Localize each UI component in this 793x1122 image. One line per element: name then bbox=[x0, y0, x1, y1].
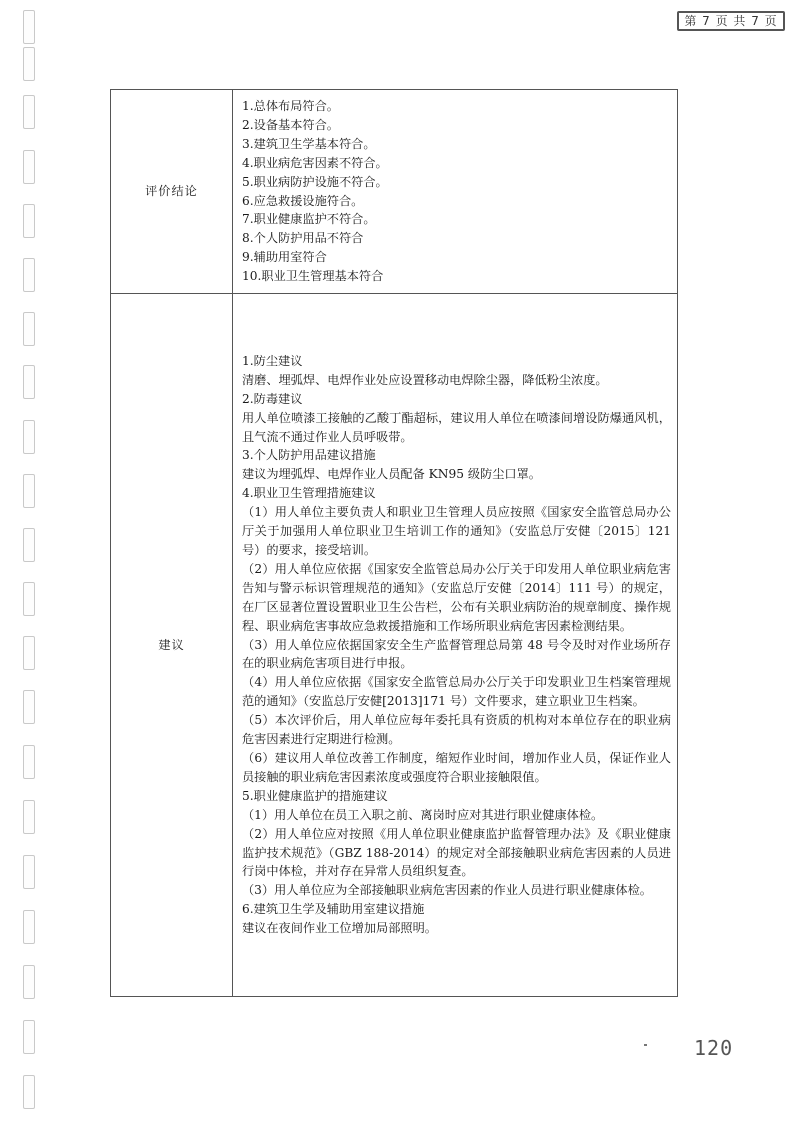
table-row-conclusion: 评价结论 1.总体布局符合。 2.设备基本符合。 3.建筑卫生学基本符合。 4.… bbox=[111, 90, 678, 294]
binder-hole bbox=[23, 1020, 35, 1054]
binder-holes bbox=[23, 0, 35, 1122]
binder-hole bbox=[23, 95, 35, 129]
binder-hole bbox=[23, 636, 35, 670]
binder-hole bbox=[23, 365, 35, 399]
conclusion-item: 1.总体布局符合。 bbox=[242, 97, 671, 116]
conclusion-item: 3.建筑卫生学基本符合。 bbox=[242, 135, 671, 154]
section-heading: 6.建筑卫生学及辅助用室建议措施 bbox=[242, 900, 671, 919]
evaluation-table: 评价结论 1.总体布局符合。 2.设备基本符合。 3.建筑卫生学基本符合。 4.… bbox=[110, 89, 678, 997]
suggestion-text: （1）用人单位主要负责人和职业卫生管理人员应按照《国家安全监管总局办公厅关于加强… bbox=[242, 503, 671, 560]
suggestion-text: 清磨、埋弧焊、电焊作业处应设置移动电焊除尘器，降低粉尘浓度。 bbox=[242, 371, 671, 390]
suggestions-content: 1.防尘建议 清磨、埋弧焊、电焊作业处应设置移动电焊除尘器，降低粉尘浓度。 2.… bbox=[233, 294, 678, 997]
conclusion-item: 4.职业病危害因素不符合。 bbox=[242, 154, 671, 173]
suggestion-text: （2）用人单位应对按照《用人单位职业健康监护监督管理办法》及《职业健康监护技术规… bbox=[242, 825, 671, 882]
suggestion-text: 用人单位喷漆工接触的乙酸丁酯超标，建议用人单位在喷漆间增设防爆通风机，且气流不通… bbox=[242, 409, 671, 447]
suggestion-text: （5）本次评价后，用人单位应每年委托具有资质的机构对本单位存在的职业病危害因素进… bbox=[242, 711, 671, 749]
suggestions-label: 建议 bbox=[111, 294, 233, 997]
section-heading: 2.防毒建议 bbox=[242, 390, 671, 409]
conclusion-item: 8.个人防护用品不符合 bbox=[242, 229, 671, 248]
binder-hole bbox=[23, 204, 35, 238]
conclusion-item: 9.辅助用室符合 bbox=[242, 248, 671, 267]
conclusion-content: 1.总体布局符合。 2.设备基本符合。 3.建筑卫生学基本符合。 4.职业病危害… bbox=[233, 90, 678, 294]
suggestion-text: 建议为埋弧焊、电焊作业人员配备 KN95 级防尘口罩。 bbox=[242, 465, 671, 484]
binder-hole bbox=[23, 582, 35, 616]
conclusion-item: 6.应急救援设施符合。 bbox=[242, 192, 671, 211]
binder-hole bbox=[23, 800, 35, 834]
page-number: 120 bbox=[694, 1036, 733, 1060]
binder-hole bbox=[23, 690, 35, 724]
table-row-suggestions: 建议 1.防尘建议 清磨、埋弧焊、电焊作业处应设置移动电焊除尘器，降低粉尘浓度。… bbox=[111, 294, 678, 997]
binder-hole bbox=[23, 528, 35, 562]
section-heading: 3.个人防护用品建议措施 bbox=[242, 446, 671, 465]
binder-hole bbox=[23, 855, 35, 889]
suggestion-text: （2）用人单位应依据《国家安全监管总局办公厅关于印发用人单位职业病危害告知与警示… bbox=[242, 560, 671, 636]
binder-hole bbox=[23, 910, 35, 944]
conclusion-item: 2.设备基本符合。 bbox=[242, 116, 671, 135]
binder-hole bbox=[23, 10, 35, 44]
suggestion-text: （3）用人单位应为全部接触职业病危害因素的作业人员进行职业健康体检。 bbox=[242, 881, 671, 900]
binder-hole bbox=[23, 312, 35, 346]
suggestion-text: 建议在夜间作业工位增加局部照明。 bbox=[242, 919, 671, 938]
conclusion-item: 5.职业病防护设施不符合。 bbox=[242, 173, 671, 192]
binder-hole bbox=[23, 420, 35, 454]
suggestion-text: （4）用人单位应依据《国家安全监管总局办公厅关于印发职业卫生档案管理规范的通知》… bbox=[242, 673, 671, 711]
binder-hole bbox=[23, 965, 35, 999]
binder-hole bbox=[23, 1075, 35, 1109]
suggestion-text: （1）用人单位在员工入职之前、离岗时应对其进行职业健康体检。 bbox=[242, 806, 671, 825]
section-heading: 4.职业卫生管理措施建议 bbox=[242, 484, 671, 503]
binder-hole bbox=[23, 474, 35, 508]
binder-hole bbox=[23, 745, 35, 779]
suggestion-text: （3）用人单位应依据国家安全生产监督管理总局第 48 号令及时对作业场所存在的职… bbox=[242, 636, 671, 674]
conclusion-item: 7.职业健康监护不符合。 bbox=[242, 210, 671, 229]
binder-hole bbox=[23, 258, 35, 292]
section-heading: 5.职业健康监护的措施建议 bbox=[242, 787, 671, 806]
page-count-stamp: 第 7 页 共 7 页 bbox=[677, 11, 785, 31]
binder-hole bbox=[23, 150, 35, 184]
conclusion-item: 10.职业卫生管理基本符合 bbox=[242, 267, 671, 286]
scan-speck bbox=[644, 1044, 647, 1046]
conclusion-label: 评价结论 bbox=[111, 90, 233, 294]
binder-hole bbox=[23, 47, 35, 81]
suggestion-text: （6）建议用人单位改善工作制度，缩短作业时间，增加作业人员，保证作业人员接触的职… bbox=[242, 749, 671, 787]
section-heading: 1.防尘建议 bbox=[242, 352, 671, 371]
